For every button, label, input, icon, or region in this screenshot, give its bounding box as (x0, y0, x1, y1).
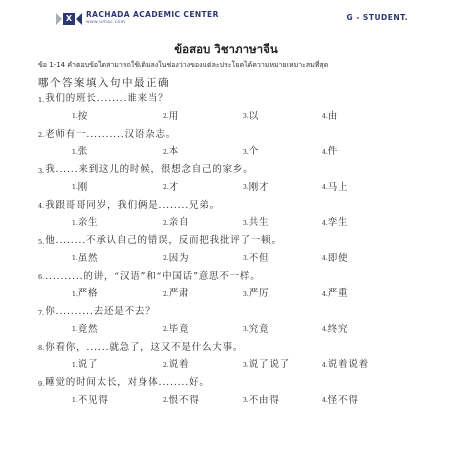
option-text: 严厉 (249, 289, 270, 300)
question-7-option-4: 4.终究 (322, 325, 422, 336)
question-number: 3. (38, 168, 44, 175)
question-2: 2.老师有一..........汉语杂志。1.张2.本3.个4.件 (38, 130, 422, 166)
question-text: 我跟哥哥同岁，我们俩是........兄弟。 (45, 201, 220, 212)
question-6-option-4: 4.严重 (322, 289, 422, 300)
question-1: 1.我们的班长........谁来当？1.按2.用3.以4.由 (38, 94, 422, 130)
question-line: 9.睡觉的时间太长，对身体........好。 (38, 378, 422, 396)
option-text: 本 (169, 147, 179, 158)
option-text: 严重 (328, 289, 349, 300)
question-number: 1. (38, 97, 44, 104)
option-text: 个 (249, 147, 259, 158)
page-title: ข้อสอบ วิชาภาษาจีน (0, 41, 452, 59)
question-2-option-1: 1.张 (72, 147, 163, 158)
option-text: 才 (169, 183, 179, 194)
option-text: 毕竟 (169, 325, 190, 336)
options-row: 1.竟然2.毕竟3.究竟4.终究 (38, 325, 422, 343)
question-1-option-1: 1.按 (72, 112, 163, 123)
question-1-option-4: 4.由 (322, 112, 422, 123)
question-5-option-2: 2.因为 (163, 254, 243, 265)
option-text: 究竟 (249, 325, 270, 336)
question-line: 1.我们的班长........谁来当？ (38, 94, 422, 112)
question-7-option-3: 3.究竟 (243, 325, 322, 336)
option-text: 刚 (78, 183, 88, 194)
question-8-option-1: 1.说了 (72, 360, 163, 371)
brand-url: www.umac.com (86, 20, 219, 25)
question-number: 2. (38, 132, 44, 139)
options-row: 1.不见得2.恨不得3.不由得4.怪不得 (38, 396, 422, 414)
option-text: 用 (169, 112, 179, 123)
question-3-option-2: 2.才 (163, 183, 243, 194)
option-text: 严肃 (169, 289, 190, 300)
option-text: 共生 (249, 218, 270, 229)
question-6-option-3: 3.严厉 (243, 289, 322, 300)
question-number: 9. (38, 381, 44, 388)
question-text: 他........不承认自己的错误，反而把我批评了一顿。 (45, 236, 282, 247)
question-5-option-3: 3.不但 (243, 254, 322, 265)
option-text: 以 (249, 112, 259, 123)
question-9-option-2: 2.恨不得 (163, 396, 243, 407)
options-row: 1.亲生2.亲自3.共生4.孪生 (38, 218, 422, 236)
question-number: 4. (38, 203, 44, 210)
question-line: 8.你看你，......就急了，这又不是什么大事。 (38, 343, 422, 361)
question-line: 5.他........不承认自己的错误，反而把我批评了一顿。 (38, 236, 422, 254)
question-6: 6...........的讲，“汉语”和“中国话”意思不一样。1.严格2.严肃3… (38, 272, 422, 308)
question-9-option-4: 4.怪不得 (322, 396, 422, 407)
question-8: 8.你看你，......就急了，这又不是什么大事。1.说了2.说着3.说了说了4… (38, 343, 422, 379)
question-7-option-1: 1.竟然 (72, 325, 163, 336)
options-row: 1.严格2.严肃3.严厉4.严重 (38, 289, 422, 307)
question-text: 你看你，......就急了，这又不是什么大事。 (45, 343, 243, 354)
brand-text: RACHADA ACADEMIC CENTER www.umac.com (86, 11, 219, 25)
question-9: 9.睡觉的时间太长，对身体........好。1.不见得2.恨不得3.不由得4.… (38, 378, 422, 414)
question-6-option-2: 2.严肃 (163, 289, 243, 300)
option-text: 说着说着 (328, 360, 369, 371)
question-5-option-1: 1.虽然 (72, 254, 163, 265)
question-number: 7. (38, 310, 44, 317)
options-row: 1.按2.用3.以4.由 (38, 112, 422, 130)
options-row: 1.刚2.才3.刚才4.马上 (38, 183, 422, 201)
question-2-option-4: 4.件 (322, 147, 422, 158)
question-line: 2.老师有一..........汉语杂志。 (38, 130, 422, 148)
question-2-option-2: 2.本 (163, 147, 243, 158)
question-1-option-3: 3.以 (243, 112, 322, 123)
question-7-option-2: 2.毕竟 (163, 325, 243, 336)
question-1-option-2: 2.用 (163, 112, 243, 123)
logo-chevron-left-icon (56, 13, 62, 25)
question-3-option-3: 3.刚才 (243, 183, 322, 194)
instruction-text: ข้อ 1-14 คำตอบข้อใดสามารถใช้เติมลงในช่อง… (38, 60, 422, 71)
logo-block-icon: X (63, 13, 75, 25)
option-text: 孪生 (328, 218, 349, 229)
question-number: 6. (38, 274, 44, 281)
question-text: 你..........去还是不去？ (45, 307, 155, 318)
questions-list: 1.我们的班长........谁来当？1.按2.用3.以4.由2.老师有一...… (38, 94, 422, 414)
brand-name: RACHADA ACADEMIC CENTER (86, 11, 219, 20)
question-number: 5. (38, 239, 44, 246)
worksheet-page: X RACHADA ACADEMIC CENTER www.umac.com G… (0, 0, 452, 452)
option-text: 恨不得 (169, 396, 200, 407)
question-4-option-4: 4.孪生 (322, 218, 422, 229)
question-4: 4.我跟哥哥同岁，我们俩是........兄弟。1.亲生2.亲自3.共生4.孪生 (38, 201, 422, 237)
question-4-option-1: 1.亲生 (72, 218, 163, 229)
option-text: 说了说了 (249, 360, 290, 371)
option-text: 怪不得 (328, 396, 359, 407)
option-text: 说着 (169, 360, 190, 371)
option-text: 刚才 (249, 183, 270, 194)
option-text: 虽然 (78, 254, 99, 265)
question-8-option-4: 4.说着说着 (322, 360, 422, 371)
option-text: 按 (78, 112, 88, 123)
question-9-option-3: 3.不由得 (243, 396, 322, 407)
option-text: 不由得 (249, 396, 280, 407)
question-text: 我......来到这儿的时候，很想念自己的家乡。 (45, 165, 253, 176)
brand-logo-icon: X (56, 12, 82, 26)
option-text: 件 (328, 147, 338, 158)
question-line: 6...........的讲，“汉语”和“中国话”意思不一样。 (38, 272, 422, 290)
question-text: 我们的班长........谁来当？ (45, 94, 168, 105)
options-row: 1.说了2.说着3.说了说了4.说着说着 (38, 360, 422, 378)
page-header: X RACHADA ACADEMIC CENTER www.umac.com G… (56, 11, 408, 26)
option-text: 马上 (328, 183, 349, 194)
option-text: 亲自 (169, 218, 190, 229)
option-text: 竟然 (78, 325, 99, 336)
question-5: 5.他........不承认自己的错误，反而把我批评了一顿。1.虽然2.因为3.… (38, 236, 422, 272)
question-4-option-3: 3.共生 (243, 218, 322, 229)
option-text: 由 (328, 112, 338, 123)
option-text: 因为 (169, 254, 190, 265)
brand: X RACHADA ACADEMIC CENTER www.umac.com (56, 11, 219, 26)
options-row: 1.虽然2.因为3.不但4.即使 (38, 254, 422, 272)
option-text: 亲生 (78, 218, 99, 229)
option-text: 说了 (78, 360, 99, 371)
question-8-option-2: 2.说着 (163, 360, 243, 371)
question-line: 7.你..........去还是不去？ (38, 307, 422, 325)
option-text: 终究 (328, 325, 349, 336)
question-4-option-2: 2.亲自 (163, 218, 243, 229)
option-text: 即使 (328, 254, 349, 265)
question-6-option-1: 1.严格 (72, 289, 163, 300)
section-heading: 哪个答案填入句中最正确 (38, 75, 170, 90)
question-8-option-3: 3.说了说了 (243, 360, 322, 371)
student-grade-label: G - STUDENT. (346, 13, 408, 22)
option-text: 不见得 (78, 396, 109, 407)
question-9-option-1: 1.不见得 (72, 396, 163, 407)
question-line: 4.我跟哥哥同岁，我们俩是........兄弟。 (38, 201, 422, 219)
question-number: 8. (38, 345, 44, 352)
option-text: 严格 (78, 289, 99, 300)
question-3-option-4: 4.马上 (322, 183, 422, 194)
option-text: 张 (78, 147, 88, 158)
question-text: 老师有一..........汉语杂志。 (45, 130, 176, 141)
question-text: ..........的讲，“汉语”和“中国话”意思不一样。 (45, 272, 260, 283)
question-3: 3.我......来到这儿的时候，很想念自己的家乡。1.刚2.才3.刚才4.马上 (38, 165, 422, 201)
question-text: 睡觉的时间太长，对身体........好。 (45, 378, 209, 389)
options-row: 1.张2.本3.个4.件 (38, 147, 422, 165)
question-2-option-3: 3.个 (243, 147, 322, 158)
question-line: 3.我......来到这儿的时候，很想念自己的家乡。 (38, 165, 422, 183)
option-text: 不但 (249, 254, 270, 265)
logo-chevron-right-icon (76, 13, 82, 25)
question-3-option-1: 1.刚 (72, 183, 163, 194)
question-7: 7.你..........去还是不去？1.竟然2.毕竟3.究竟4.终究 (38, 307, 422, 343)
question-5-option-4: 4.即使 (322, 254, 422, 265)
